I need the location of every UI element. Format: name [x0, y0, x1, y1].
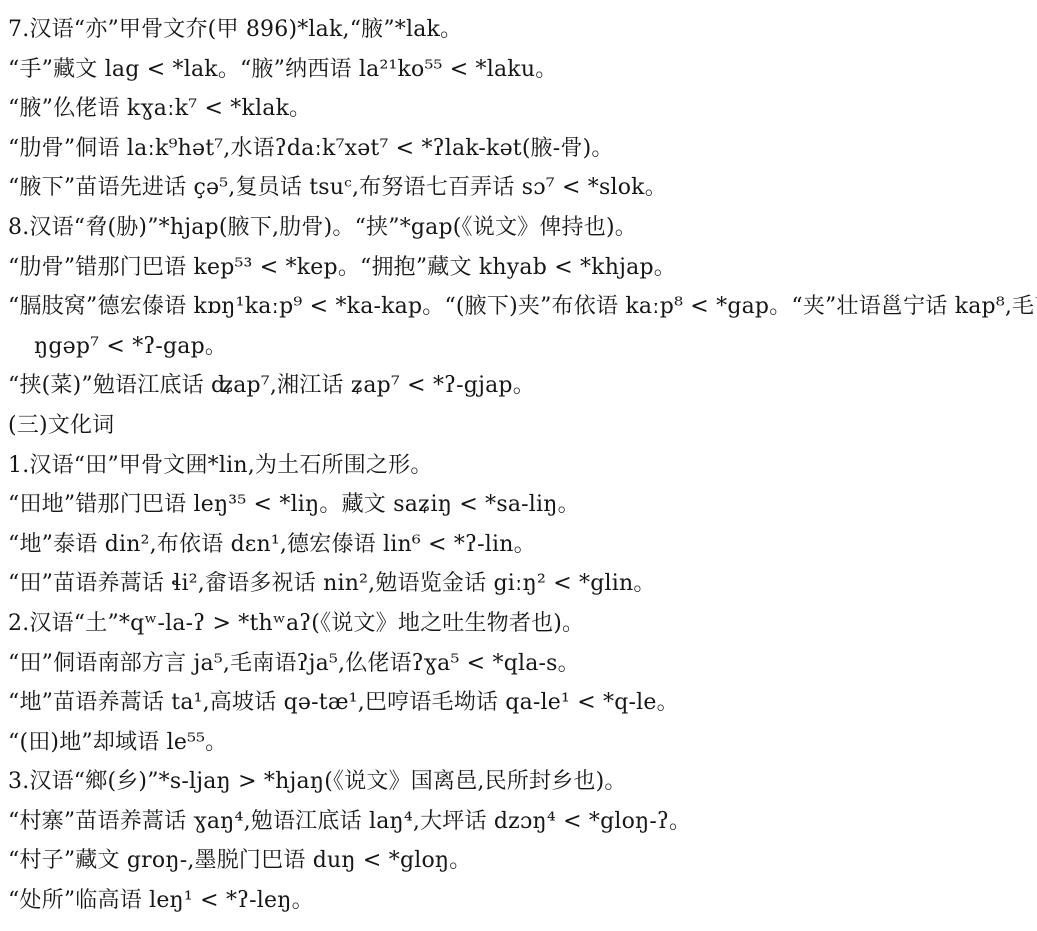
text-line-item-8: 8.汉语“脅(胁)”*hjap(腋下,肋骨)。“挟”*gap(《说文》俾持也)。 — [8, 208, 1029, 248]
document-page: 7.汉语“亦”甲骨文夰(甲 896)*lak,“腋”*lak。 “手”藏文 la… — [0, 0, 1037, 931]
text-line-field-queyu: “(田)地”却域语 le⁵⁵。 — [8, 723, 1029, 763]
text-line-earth-miao-baheng: “地”苗语养蒿话 ta¹,高坡话 qə-tæ¹,巴哼语毛坳话 qa-le¹ < … — [8, 683, 1029, 723]
text-line-armpit-mulam: “腋”仫佬语 kɣaːk⁷ < *klak。 — [8, 89, 1029, 129]
text-line-village-tibetan-monba: “村子”藏文 groŋ-,墨脱门巴语 duŋ < *gloŋ。 — [8, 841, 1029, 881]
text-line-armpit-dai-buyi: “膈肢窝”德宏傣语 kɒŋ¹kaːp⁹ < *ka-kap。“(腋下)夹”布依语… — [8, 287, 1029, 327]
text-line-hand-tibetan: “手”藏文 lag < *lak。“腋”纳西语 la²¹ko⁵⁵ < *laku… — [8, 50, 1029, 90]
text-line-rib-monba: “肋骨”错那门巴语 kep⁵³ < *kep。“拥抱”藏文 khyab < *k… — [8, 248, 1029, 288]
text-line-field-dong-maonan: “田”侗语南部方言 ja⁵,毛南语ʔja⁵,仫佬语ʔɣa⁵ < *qla-s。 — [8, 644, 1029, 684]
text-line-village-miao-mien: “村寨”苗语养蒿话 ɣaŋ⁴,勉语江底话 laŋ⁴,大坪话 dzɔŋ⁴ < *g… — [8, 802, 1029, 842]
text-line-pick-mien: “挟(菜)”勉语江底话 ʥap⁷,湘江话 ʑap⁷ < *ʔ-gjap。 — [8, 366, 1029, 406]
text-line-field-miao-she-mien: “田”苗语养蒿话 ɬi²,畲语多祝话 nin²,勉语览金话 giːŋ² < *g… — [8, 564, 1029, 604]
section-heading-culture-words: (三)文化词 — [8, 406, 1029, 446]
text-line-item-1-field: 1.汉语“田”甲骨文囲*lin,为土石所围之形。 — [8, 446, 1029, 486]
text-line-item-7: 7.汉语“亦”甲骨文夰(甲 896)*lak,“腋”*lak。 — [8, 10, 1029, 50]
text-line-place-lingao: “处所”临高语 leŋ¹ < *ʔ-leŋ。 — [8, 881, 1029, 921]
text-line-armpit-miao-bunu: “腋下”苗语先进话 çə⁵,复员话 tsuᶜ,布努语七百弄话 sɔ⁷ < *sl… — [8, 168, 1029, 208]
text-line-earth-thai-buyi: “地”泰语 din²,布依语 dɛn¹,德宏傣语 lin⁶ < *ʔ-lin。 — [8, 525, 1029, 565]
text-line-item-3-village: 3.汉语“鄉(乡)”*s-ljaŋ > *hjaŋ(《说文》国离邑,民所封乡也)… — [8, 762, 1029, 802]
text-line-item-2-soil: 2.汉语“土”*qʷ-la-ʔ > *thʷaʔ(《说文》地之吐生物者也)。 — [8, 604, 1029, 644]
text-line-maonan-continuation: ŋgəp⁷ < *ʔ-gap。 — [8, 327, 1029, 367]
text-line-rib-dong-shui: “肋骨”侗语 laːk⁹hət⁷,水语ʔdaːk⁷xət⁷ < *ʔlak-kə… — [8, 129, 1029, 169]
text-line-field-monba-tibetan: “田地”错那门巴语 leŋ³⁵ < *liŋ。藏文 saʑiŋ < *sa-li… — [8, 485, 1029, 525]
